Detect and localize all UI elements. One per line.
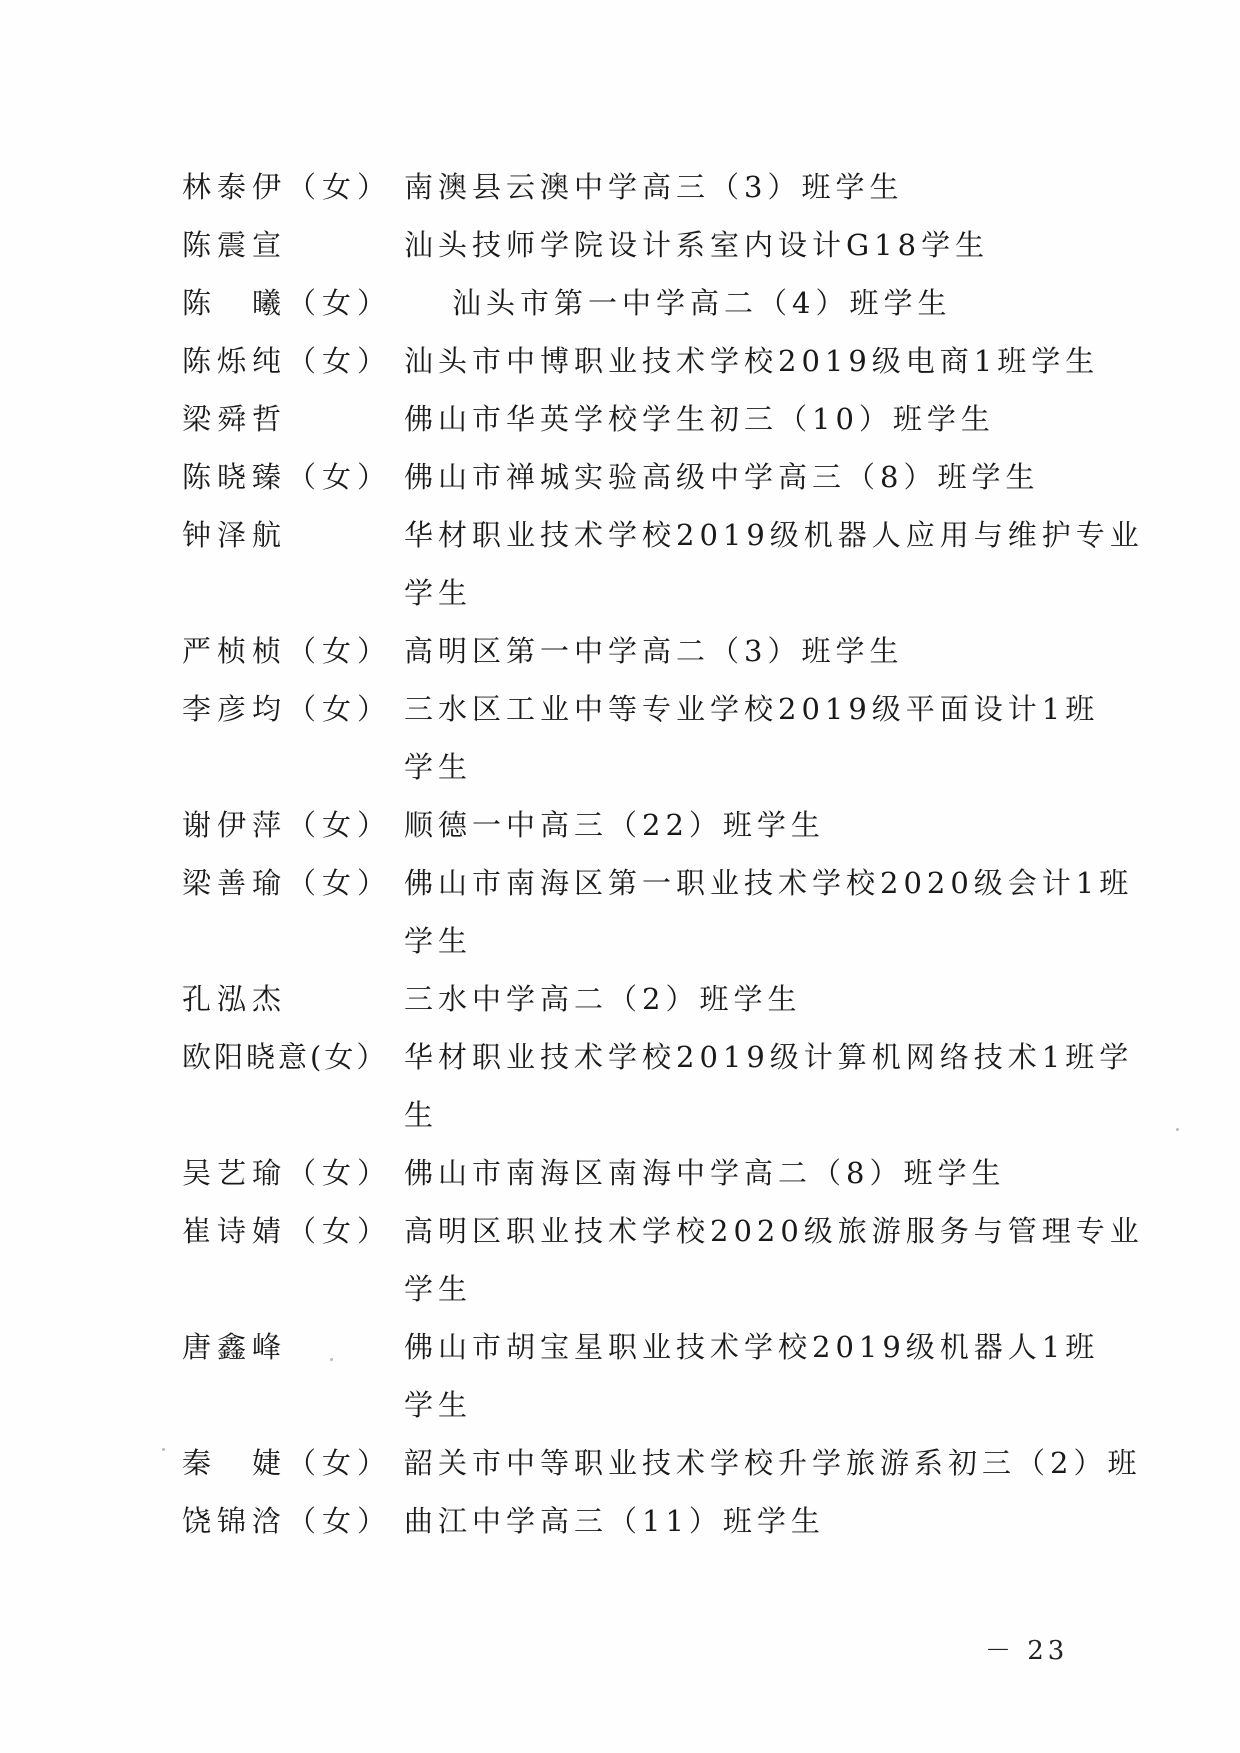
- school-line: 华材职业技术学校2019级机器人应用与维护专业: [404, 506, 1132, 564]
- student-school: 佛山市南海区第一职业技术学校2020级会计1班 学生: [404, 854, 1132, 970]
- school-line: 佛山市南海区第一职业技术学校2020级会计1班: [404, 854, 1132, 912]
- school-line-continued: 学生: [404, 1376, 1132, 1434]
- school-line-continued: 学生: [404, 564, 1132, 622]
- list-item: 孔泓杰 三水中学高二（2）班学生: [182, 970, 1132, 1028]
- school-line: 佛山市胡宝星职业技术学校2019级机器人1班: [404, 1318, 1132, 1376]
- student-school: 佛山市胡宝星职业技术学校2019级机器人1班 学生: [404, 1318, 1132, 1434]
- student-school: 华材职业技术学校2019级机器人应用与维护专业 学生: [404, 506, 1132, 622]
- school-line: 汕头市中博职业技术学校2019级电商1班学生: [404, 332, 1132, 390]
- scan-speck: [330, 1358, 333, 1361]
- student-school: 三水中学高二（2）班学生: [404, 970, 1132, 1028]
- school-line-continued: 学生: [404, 1260, 1132, 1318]
- student-school: 高明区第一中学高二（3）班学生: [404, 622, 1132, 680]
- list-item: 陈震宣 汕头技师学院设计系室内设计G18学生: [182, 216, 1132, 274]
- list-item: 陈 曦（女） 汕头市第一中学高二（4）班学生: [182, 274, 1132, 332]
- student-name: 崔诗婧（女）: [182, 1202, 404, 1260]
- student-school: 顺德一中高三（22）班学生: [404, 796, 1132, 854]
- school-line: 佛山市禅城实验高级中学高三（8）班学生: [404, 448, 1132, 506]
- list-item: 梁舜哲 佛山市华英学校学生初三（10）班学生: [182, 390, 1132, 448]
- list-item: 谢伊萍（女） 顺德一中高三（22）班学生: [182, 796, 1132, 854]
- list-item: 严桢桢（女） 高明区第一中学高二（3）班学生: [182, 622, 1132, 680]
- student-name: 谢伊萍（女）: [182, 796, 404, 854]
- school-line: 汕头技师学院设计系室内设计G18学生: [404, 216, 1132, 274]
- school-line: 汕头市第一中学高二（4）班学生: [404, 274, 1132, 332]
- list-item: 林泰伊（女） 南澳县云澳中学高三（3）班学生: [182, 158, 1132, 216]
- student-school: 汕头市中博职业技术学校2019级电商1班学生: [404, 332, 1132, 390]
- student-school: 华材职业技术学校2019级计算机网络技术1班学 生: [404, 1028, 1132, 1144]
- page-number: － 23: [985, 1630, 1068, 1667]
- school-line: 南澳县云澳中学高三（3）班学生: [404, 158, 1132, 216]
- student-school: 佛山市禅城实验高级中学高三（8）班学生: [404, 448, 1132, 506]
- student-name: 梁舜哲: [182, 390, 404, 448]
- school-line: 三水中学高二（2）班学生: [404, 970, 1132, 1028]
- list-item: 梁善瑜（女） 佛山市南海区第一职业技术学校2020级会计1班 学生: [182, 854, 1132, 970]
- student-school: 三水区工业中等专业学校2019级平面设计1班 学生: [404, 680, 1132, 796]
- student-name: 唐鑫峰: [182, 1318, 404, 1376]
- student-name: 陈晓臻（女）: [182, 448, 404, 506]
- list-item: 陈烁纯（女） 汕头市中博职业技术学校2019级电商1班学生: [182, 332, 1132, 390]
- school-line: 佛山市华英学校学生初三（10）班学生: [404, 390, 1132, 448]
- school-line-continued: 生: [404, 1086, 1132, 1144]
- student-name: 秦 婕（女）: [182, 1434, 404, 1492]
- school-line: 三水区工业中等专业学校2019级平面设计1班: [404, 680, 1132, 738]
- student-school: 南澳县云澳中学高三（3）班学生: [404, 158, 1132, 216]
- student-school: 韶关市中等职业技术学校升学旅游系初三（2）班: [404, 1434, 1132, 1492]
- school-line-continued: 学生: [404, 738, 1132, 796]
- list-item: 吴艺瑜（女） 佛山市南海区南海中学高二（8）班学生: [182, 1144, 1132, 1202]
- student-name: 陈烁纯（女）: [182, 332, 404, 390]
- student-name: 钟泽航: [182, 506, 404, 564]
- student-school: 汕头市第一中学高二（4）班学生: [404, 274, 1132, 332]
- school-line: 华材职业技术学校2019级计算机网络技术1班学: [404, 1028, 1132, 1086]
- school-line: 韶关市中等职业技术学校升学旅游系初三（2）班: [404, 1434, 1132, 1492]
- student-school: 高明区职业技术学校2020级旅游服务与管理专业 学生: [404, 1202, 1132, 1318]
- student-name: 孔泓杰: [182, 970, 404, 1028]
- list-item: 唐鑫峰 佛山市胡宝星职业技术学校2019级机器人1班 学生: [182, 1318, 1132, 1434]
- student-name: 严桢桢（女）: [182, 622, 404, 680]
- student-name: 林泰伊（女）: [182, 158, 404, 216]
- student-school: 佛山市南海区南海中学高二（8）班学生: [404, 1144, 1132, 1202]
- student-name: 饶锦浛（女）: [182, 1492, 404, 1550]
- list-item: 饶锦浛（女） 曲江中学高三（11）班学生: [182, 1492, 1132, 1550]
- document-page: 林泰伊（女） 南澳县云澳中学高三（3）班学生 陈震宣 汕头技师学院设计系室内设计…: [0, 0, 1240, 1753]
- student-name: 欧阳晓意(女）: [182, 1028, 404, 1086]
- school-line: 佛山市南海区南海中学高二（8）班学生: [404, 1144, 1132, 1202]
- list-item: 钟泽航 华材职业技术学校2019级机器人应用与维护专业 学生: [182, 506, 1132, 622]
- student-name: 陈震宣: [182, 216, 404, 274]
- scan-speck: [1176, 1128, 1179, 1131]
- student-school: 曲江中学高三（11）班学生: [404, 1492, 1132, 1550]
- school-line: 顺德一中高三（22）班学生: [404, 796, 1132, 854]
- student-name: 梁善瑜（女）: [182, 854, 404, 912]
- student-list: 林泰伊（女） 南澳县云澳中学高三（3）班学生 陈震宣 汕头技师学院设计系室内设计…: [182, 158, 1132, 1550]
- school-line: 曲江中学高三（11）班学生: [404, 1492, 1132, 1550]
- scan-speck: [162, 1448, 165, 1451]
- list-item: 崔诗婧（女） 高明区职业技术学校2020级旅游服务与管理专业 学生: [182, 1202, 1132, 1318]
- school-line-continued: 学生: [404, 912, 1132, 970]
- school-line: 高明区职业技术学校2020级旅游服务与管理专业: [404, 1202, 1132, 1260]
- student-name: 李彦均（女）: [182, 680, 404, 738]
- student-school: 佛山市华英学校学生初三（10）班学生: [404, 390, 1132, 448]
- student-school: 汕头技师学院设计系室内设计G18学生: [404, 216, 1132, 274]
- list-item: 李彦均（女） 三水区工业中等专业学校2019级平面设计1班 学生: [182, 680, 1132, 796]
- list-item: 陈晓臻（女） 佛山市禅城实验高级中学高三（8）班学生: [182, 448, 1132, 506]
- list-item: 秦 婕（女） 韶关市中等职业技术学校升学旅游系初三（2）班: [182, 1434, 1132, 1492]
- student-name: 陈 曦（女）: [182, 274, 404, 332]
- list-item: 欧阳晓意(女） 华材职业技术学校2019级计算机网络技术1班学 生: [182, 1028, 1132, 1144]
- school-line: 高明区第一中学高二（3）班学生: [404, 622, 1132, 680]
- student-name: 吴艺瑜（女）: [182, 1144, 404, 1202]
